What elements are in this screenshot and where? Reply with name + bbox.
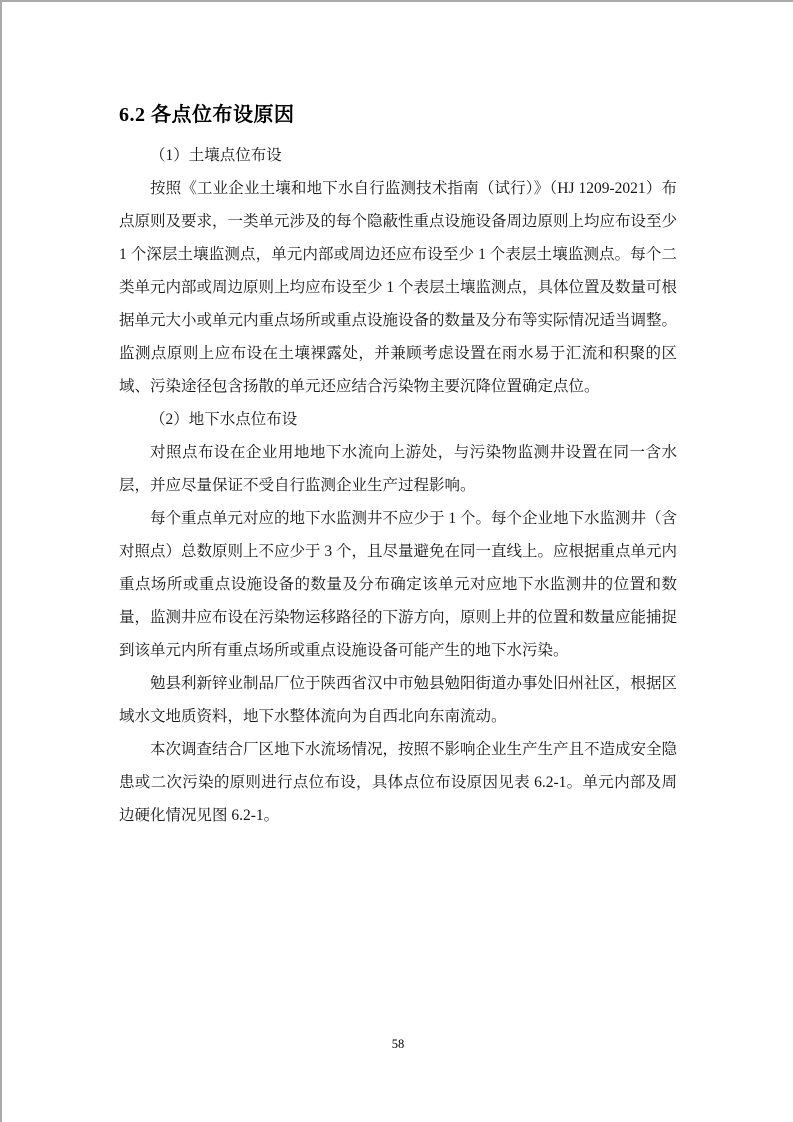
- section-heading: 6.2 各点位布设原因: [119, 101, 677, 129]
- paragraph-soil-point-layout: 按照《工业企业土壤和地下水自行监测技术指南（试行）》（HJ 1209-2021）…: [119, 172, 677, 403]
- paragraph-factory-location: 勉县利新锌业制品厂位于陕西省汉中市勉县勉阳街道办事处旧州社区，根据区域水文地质资…: [119, 667, 677, 733]
- paragraph-monitoring-wells: 每个重点单元对应的地下水监测井不应少于 1 个。每个企业地下水监测井（含对照点）…: [119, 502, 677, 667]
- paragraph-control-point: 对照点布设在企业用地地下水流向上游处，与污染物监测井设置在同一含水层，并应尽量保…: [119, 436, 677, 502]
- page-top-edge-line: [0, 0, 793, 2]
- page-content: 6.2 各点位布设原因 （1）土壤点位布设 按照《工业企业土壤和地下水自行监测技…: [119, 101, 677, 832]
- subheading-groundwater-points: （2）地下水点位布设: [119, 403, 677, 436]
- page-number: 58: [392, 1037, 405, 1051]
- page-left-edge-line: [0, 0, 2, 1122]
- page-footer: 58: [119, 1035, 677, 1053]
- document-page: { "document": { "heading": "6.2 各点位布设原因"…: [0, 0, 793, 1122]
- subheading-soil-points: （1）土壤点位布设: [119, 139, 677, 172]
- paragraph-survey-conclusion: 本次调查结合厂区地下水流场情况，按照不影响企业生产生产且不造成安全隐患或二次污染…: [119, 733, 677, 832]
